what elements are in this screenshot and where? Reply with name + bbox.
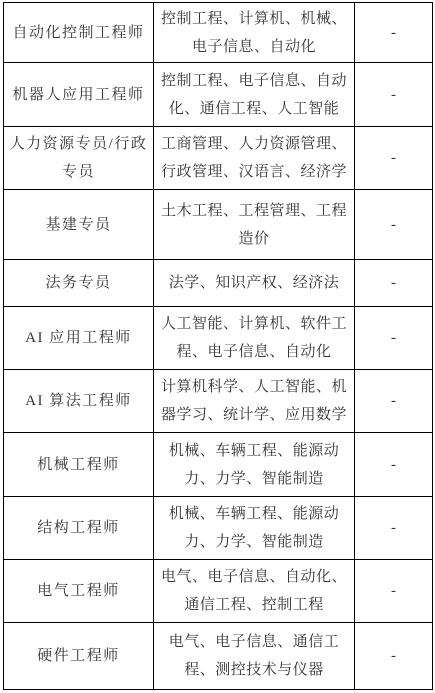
job-table-body: 自动化控制工程师 控制工程、计算机、机械、电子信息、自动化 - 机器人应用工程师…	[4, 3, 433, 690]
majors-cell: 土木工程、工程管理、工程造价	[154, 190, 355, 260]
table-row: 基建专员 土木工程、工程管理、工程造价 -	[4, 190, 433, 260]
table-row: 人力资源专员/行政专员 工商管理、人力资源管理、行政管理、汉语言、经济学 -	[4, 127, 433, 190]
note-cell: -	[355, 497, 433, 560]
note-cell: -	[355, 3, 433, 63]
note-cell: -	[355, 433, 433, 497]
position-cell: 结构工程师	[4, 497, 154, 560]
table-row: 硬件工程师 电气、电子信息、通信工程、测控技术与仪器 -	[4, 623, 433, 690]
position-cell: 基建专员	[4, 190, 154, 260]
table-row: 自动化控制工程师 控制工程、计算机、机械、电子信息、自动化 -	[4, 3, 433, 63]
position-cell: 电气工程师	[4, 560, 154, 623]
majors-cell: 计算机科学、人工智能、机器学习、统计学、应用数学	[154, 370, 355, 433]
note-cell: -	[355, 190, 433, 260]
majors-cell: 电气、电子信息、通信工程、测控技术与仪器	[154, 623, 355, 690]
job-requirements-table: 自动化控制工程师 控制工程、计算机、机械、电子信息、自动化 - 机器人应用工程师…	[3, 2, 433, 690]
majors-cell: 控制工程、电子信息、自动化、通信工程、人工智能	[154, 63, 355, 127]
majors-cell: 人工智能、计算机、软件工程、电子信息、自动化	[154, 307, 355, 370]
table-row: AI 算法工程师 计算机科学、人工智能、机器学习、统计学、应用数学 -	[4, 370, 433, 433]
note-cell: -	[355, 623, 433, 690]
note-cell: -	[355, 560, 433, 623]
position-cell: 人力资源专员/行政专员	[4, 127, 154, 190]
table-row: 机器人应用工程师 控制工程、电子信息、自动化、通信工程、人工智能 -	[4, 63, 433, 127]
position-cell: 自动化控制工程师	[4, 3, 154, 63]
table-row: 机械工程师 机械、车辆工程、能源动力、力学、智能制造 -	[4, 433, 433, 497]
majors-cell: 控制工程、计算机、机械、电子信息、自动化	[154, 3, 355, 63]
document-page: 自动化控制工程师 控制工程、计算机、机械、电子信息、自动化 - 机器人应用工程师…	[0, 0, 435, 693]
majors-cell: 电气、电子信息、自动化、通信工程、控制工程	[154, 560, 355, 623]
position-cell: 机器人应用工程师	[4, 63, 154, 127]
table-row: 法务专员 法学、知识产权、经济法 -	[4, 260, 433, 307]
note-cell: -	[355, 307, 433, 370]
note-cell: -	[355, 370, 433, 433]
position-cell: 法务专员	[4, 260, 154, 307]
note-cell: -	[355, 63, 433, 127]
position-cell: AI 算法工程师	[4, 370, 154, 433]
table-row: 结构工程师 机械、车辆工程、能源动力、力学、智能制造 -	[4, 497, 433, 560]
table-row: 电气工程师 电气、电子信息、自动化、通信工程、控制工程 -	[4, 560, 433, 623]
position-cell: AI 应用工程师	[4, 307, 154, 370]
majors-cell: 机械、车辆工程、能源动力、力学、智能制造	[154, 497, 355, 560]
table-row: AI 应用工程师 人工智能、计算机、软件工程、电子信息、自动化 -	[4, 307, 433, 370]
note-cell: -	[355, 127, 433, 190]
majors-cell: 法学、知识产权、经济法	[154, 260, 355, 307]
position-cell: 机械工程师	[4, 433, 154, 497]
majors-cell: 机械、车辆工程、能源动力、力学、智能制造	[154, 433, 355, 497]
majors-cell: 工商管理、人力资源管理、行政管理、汉语言、经济学	[154, 127, 355, 190]
note-cell: -	[355, 260, 433, 307]
position-cell: 硬件工程师	[4, 623, 154, 690]
